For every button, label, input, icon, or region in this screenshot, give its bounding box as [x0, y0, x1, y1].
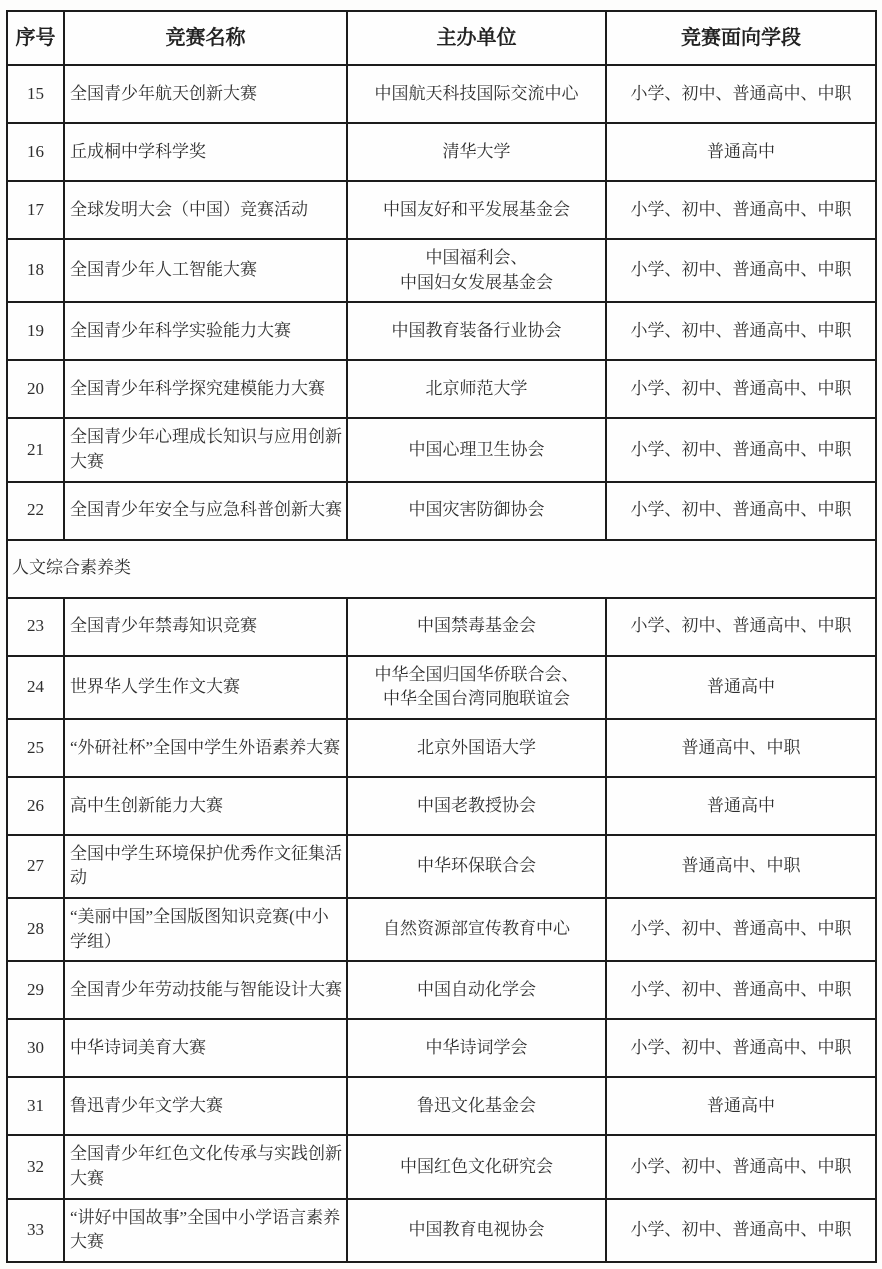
table-row: 23全国青少年禁毒知识竞赛中国禁毒基金会小学、初中、普通高中、中职	[7, 598, 876, 656]
serial-cell: 24	[7, 656, 64, 719]
header-name: 竞赛名称	[64, 11, 347, 65]
name-cell: 鲁迅青少年文学大赛	[64, 1077, 347, 1135]
table-row: 25“外研社杯”全国中学生外语素养大赛北京外国语大学普通高中、中职	[7, 719, 876, 777]
name-cell: 全国青少年劳动技能与智能设计大赛	[64, 961, 347, 1019]
serial-cell: 29	[7, 961, 64, 1019]
header-stage: 竞赛面向学段	[606, 11, 876, 65]
serial-cell: 22	[7, 482, 64, 540]
name-cell: 全国中学生环境保护优秀作文征集活动	[64, 835, 347, 898]
name-cell: 中华诗词美育大赛	[64, 1019, 347, 1077]
table-body: 15全国青少年航天创新大赛中国航天科技国际交流中心小学、初中、普通高中、中职16…	[7, 65, 876, 1262]
stage-cell: 小学、初中、普通高中、中职	[606, 360, 876, 418]
serial-cell: 20	[7, 360, 64, 418]
table-row: 20全国青少年科学探究建模能力大赛北京师范大学小学、初中、普通高中、中职	[7, 360, 876, 418]
serial-cell: 31	[7, 1077, 64, 1135]
name-cell: 全国青少年科学实验能力大赛	[64, 302, 347, 360]
serial-cell: 32	[7, 1135, 64, 1198]
table-row: 27全国中学生环境保护优秀作文征集活动中华环保联合会普通高中、中职	[7, 835, 876, 898]
stage-cell: 小学、初中、普通高中、中职	[606, 482, 876, 540]
org-cell: 自然资源部宣传教育中心	[347, 898, 606, 961]
name-cell: 全国青少年科学探究建模能力大赛	[64, 360, 347, 418]
org-cell: 中国灾害防御协会	[347, 482, 606, 540]
stage-cell: 普通高中	[606, 123, 876, 181]
serial-cell: 15	[7, 65, 64, 123]
table-row: 30中华诗词美育大赛中华诗词学会小学、初中、普通高中、中职	[7, 1019, 876, 1077]
table-row: 24世界华人学生作文大赛中华全国归国华侨联合会、 中华全国台湾同胞联谊会普通高中	[7, 656, 876, 719]
org-cell: 中国老教授协会	[347, 777, 606, 835]
serial-cell: 17	[7, 181, 64, 239]
stage-cell: 普通高中、中职	[606, 835, 876, 898]
table-row: 28“美丽中国”全国版图知识竞赛(中小学组）自然资源部宣传教育中心小学、初中、普…	[7, 898, 876, 961]
name-cell: 全球发明大会（中国）竞赛活动	[64, 181, 347, 239]
name-cell: “讲好中国故事”全国中小学语言素养大赛	[64, 1199, 347, 1262]
org-cell: 中国教育电视协会	[347, 1199, 606, 1262]
header-serial: 序号	[7, 11, 64, 65]
serial-cell: 16	[7, 123, 64, 181]
table-row: 19全国青少年科学实验能力大赛中国教育装备行业协会小学、初中、普通高中、中职	[7, 302, 876, 360]
org-cell: 清华大学	[347, 123, 606, 181]
stage-cell: 小学、初中、普通高中、中职	[606, 65, 876, 123]
serial-cell: 33	[7, 1199, 64, 1262]
serial-cell: 30	[7, 1019, 64, 1077]
stage-cell: 小学、初中、普通高中、中职	[606, 1199, 876, 1262]
stage-cell: 小学、初中、普通高中、中职	[606, 1019, 876, 1077]
table-row: 15全国青少年航天创新大赛中国航天科技国际交流中心小学、初中、普通高中、中职	[7, 65, 876, 123]
stage-cell: 普通高中	[606, 1077, 876, 1135]
header-row: 序号 竞赛名称 主办单位 竞赛面向学段	[7, 11, 876, 65]
stage-cell: 小学、初中、普通高中、中职	[606, 181, 876, 239]
stage-cell: 小学、初中、普通高中、中职	[606, 961, 876, 1019]
serial-cell: 18	[7, 239, 64, 302]
serial-cell: 28	[7, 898, 64, 961]
stage-cell: 小学、初中、普通高中、中职	[606, 302, 876, 360]
org-cell: 中国友好和平发展基金会	[347, 181, 606, 239]
serial-cell: 27	[7, 835, 64, 898]
serial-cell: 25	[7, 719, 64, 777]
name-cell: 全国青少年禁毒知识竞赛	[64, 598, 347, 656]
stage-cell: 小学、初中、普通高中、中职	[606, 898, 876, 961]
stage-cell: 小学、初中、普通高中、中职	[606, 239, 876, 302]
org-cell: 北京师范大学	[347, 360, 606, 418]
competition-table: 序号 竞赛名称 主办单位 竞赛面向学段 15全国青少年航天创新大赛中国航天科技国…	[6, 10, 877, 1263]
stage-cell: 小学、初中、普通高中、中职	[606, 1135, 876, 1198]
document-page: 序号 竞赛名称 主办单位 竞赛面向学段 15全国青少年航天创新大赛中国航天科技国…	[0, 0, 882, 1269]
stage-cell: 小学、初中、普通高中、中职	[606, 418, 876, 481]
org-cell: 鲁迅文化基金会	[347, 1077, 606, 1135]
org-cell: 中华全国归国华侨联合会、 中华全国台湾同胞联谊会	[347, 656, 606, 719]
org-cell: 中国福利会、 中国妇女发展基金会	[347, 239, 606, 302]
table-row: 21全国青少年心理成长知识与应用创新大赛中国心理卫生协会小学、初中、普通高中、中…	[7, 418, 876, 481]
org-cell: 中国红色文化研究会	[347, 1135, 606, 1198]
table-row: 31鲁迅青少年文学大赛鲁迅文化基金会普通高中	[7, 1077, 876, 1135]
org-cell: 中华诗词学会	[347, 1019, 606, 1077]
serial-cell: 26	[7, 777, 64, 835]
table-row: 33“讲好中国故事”全国中小学语言素养大赛中国教育电视协会小学、初中、普通高中、…	[7, 1199, 876, 1262]
serial-cell: 19	[7, 302, 64, 360]
org-cell: 中国禁毒基金会	[347, 598, 606, 656]
stage-cell: 小学、初中、普通高中、中职	[606, 598, 876, 656]
stage-cell: 普通高中	[606, 656, 876, 719]
name-cell: “外研社杯”全国中学生外语素养大赛	[64, 719, 347, 777]
table-row: 26高中生创新能力大赛中国老教授协会普通高中	[7, 777, 876, 835]
org-cell: 中国航天科技国际交流中心	[347, 65, 606, 123]
org-cell: 中华环保联合会	[347, 835, 606, 898]
table-row: 16丘成桐中学科学奖清华大学普通高中	[7, 123, 876, 181]
serial-cell: 21	[7, 418, 64, 481]
section-label: 人文综合素养类	[7, 540, 876, 598]
org-cell: 中国教育装备行业协会	[347, 302, 606, 360]
table-row: 18全国青少年人工智能大赛中国福利会、 中国妇女发展基金会小学、初中、普通高中、…	[7, 239, 876, 302]
name-cell: 全国青少年安全与应急科普创新大赛	[64, 482, 347, 540]
table-row: 32全国青少年红色文化传承与实践创新大赛中国红色文化研究会小学、初中、普通高中、…	[7, 1135, 876, 1198]
stage-cell: 普通高中	[606, 777, 876, 835]
org-cell: 中国心理卫生协会	[347, 418, 606, 481]
name-cell: 全国青少年航天创新大赛	[64, 65, 347, 123]
name-cell: 全国青少年心理成长知识与应用创新大赛	[64, 418, 347, 481]
name-cell: 世界华人学生作文大赛	[64, 656, 347, 719]
serial-cell: 23	[7, 598, 64, 656]
org-cell: 北京外国语大学	[347, 719, 606, 777]
table-row: 29全国青少年劳动技能与智能设计大赛中国自动化学会小学、初中、普通高中、中职	[7, 961, 876, 1019]
table-row: 22全国青少年安全与应急科普创新大赛中国灾害防御协会小学、初中、普通高中、中职	[7, 482, 876, 540]
org-cell: 中国自动化学会	[347, 961, 606, 1019]
stage-cell: 普通高中、中职	[606, 719, 876, 777]
name-cell: 全国青少年红色文化传承与实践创新大赛	[64, 1135, 347, 1198]
name-cell: 全国青少年人工智能大赛	[64, 239, 347, 302]
section-row: 人文综合素养类	[7, 540, 876, 598]
name-cell: “美丽中国”全国版图知识竞赛(中小学组）	[64, 898, 347, 961]
header-org: 主办单位	[347, 11, 606, 65]
name-cell: 丘成桐中学科学奖	[64, 123, 347, 181]
table-row: 17全球发明大会（中国）竞赛活动中国友好和平发展基金会小学、初中、普通高中、中职	[7, 181, 876, 239]
name-cell: 高中生创新能力大赛	[64, 777, 347, 835]
